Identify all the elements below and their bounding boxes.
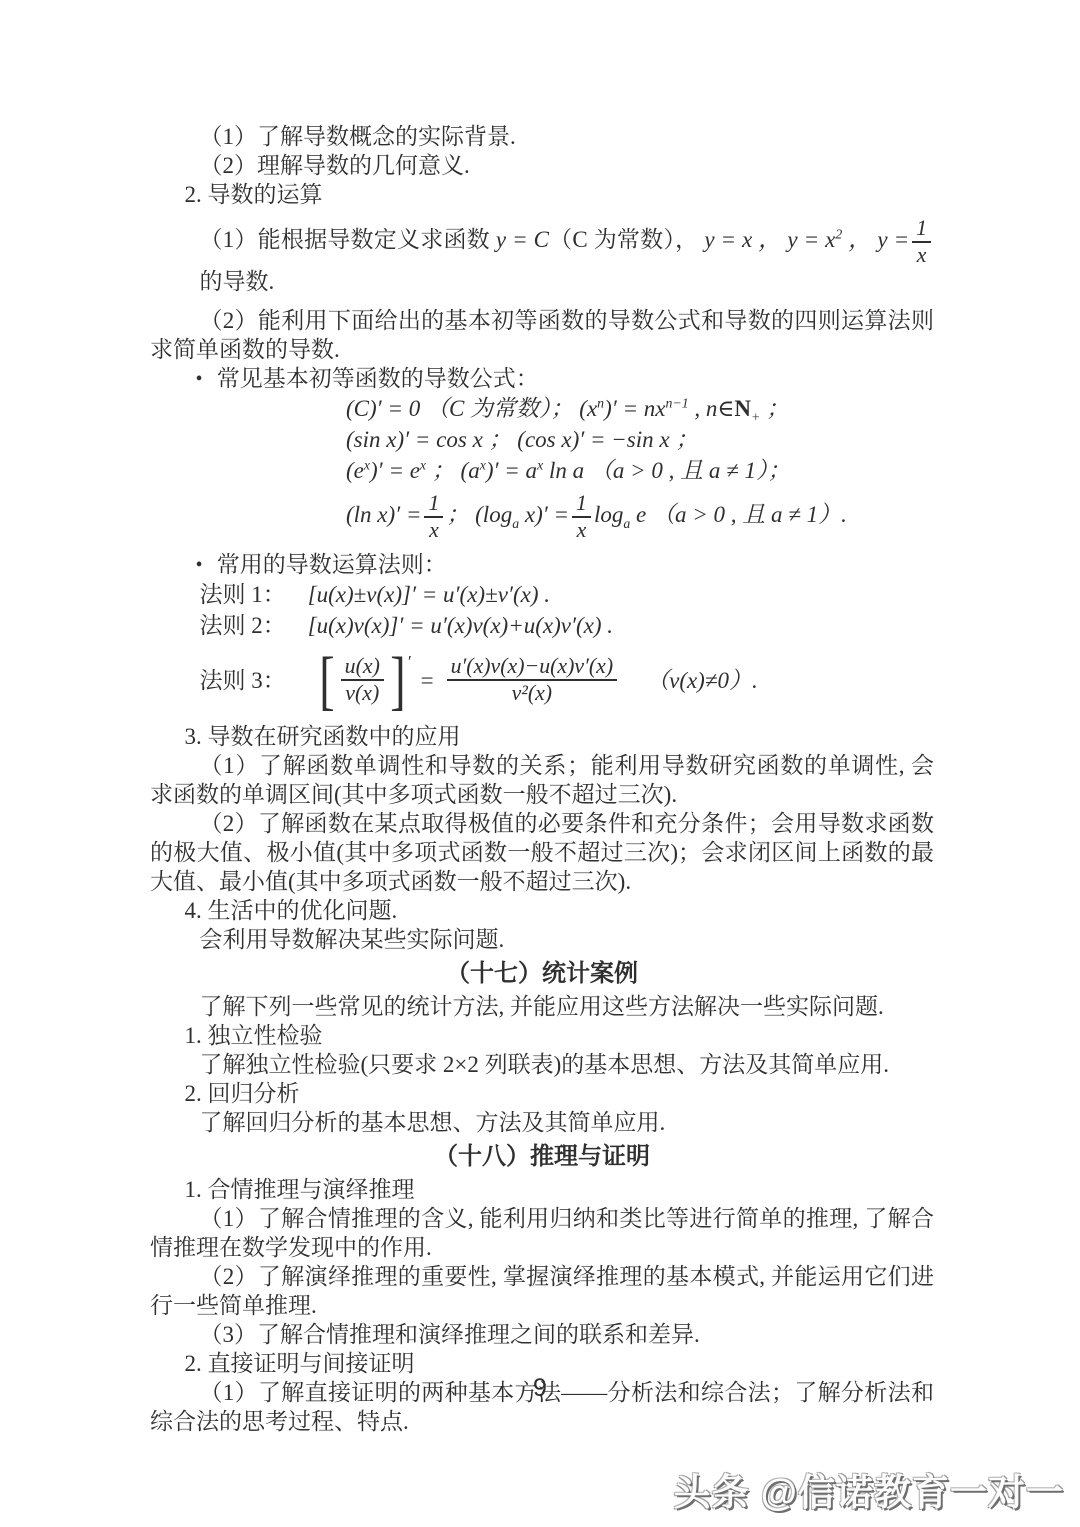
math-run: y = C	[496, 227, 549, 252]
syllabus-item: （1）了解函数单调性和导数的关系；能利用导数研究函数的单调性, 会求函数的单调区…	[150, 751, 934, 809]
formula-row: (sin x)′ = cos x ； (cos x)′ = −sin x ；	[346, 424, 934, 455]
syllabus-item: （2）了解演绎推理的重要性, 掌握演绎推理的基本模式, 并能运用它们进行一些简单…	[150, 1262, 934, 1320]
syllabus-item: （2）能利用下面给出的基本初等函数的导数公式和导数的四则运算法则求简单函数的导数…	[150, 306, 934, 364]
syllabus-subsection-title: 4. 生活中的优化问题.	[150, 896, 934, 925]
derivative-rule-3: 法则 3： [ u(x)v(x) ] ′ = u′(x)v(x)−u(x)v′(…	[199, 641, 934, 722]
math-run: ， y =	[842, 227, 909, 252]
condition-text: （v(x)≠0）.	[646, 666, 758, 695]
fraction-numerator: 1	[424, 492, 443, 518]
fraction-numerator: u′(x)v(x)−u(x)v′(x)	[447, 655, 618, 681]
syllabus-item: （2）了解函数在某点取得极值的必要条件和充分条件；会用导数求函数的极大值、极小值…	[150, 809, 934, 896]
document-page: （1）了解导数概念的实际背景. （2）理解导数的几何意义. 2. 导数的运算 （…	[0, 0, 1080, 1527]
formula-row: (ln x)′ =1x； (loga x)′ =1xloga e （a > 0 …	[346, 486, 934, 550]
math-run: (e	[346, 458, 364, 483]
math-run: [u(x)v(x)]′ = u′(x)v(x)+u(x)v′(x) .	[308, 613, 613, 638]
math-run: x)′ =	[519, 502, 569, 527]
math-run: N	[734, 396, 751, 421]
rule-label: 法则 3：	[199, 666, 285, 695]
subscript: +	[751, 409, 760, 424]
fraction-denominator: x	[425, 518, 443, 542]
fraction-denominator: x	[913, 243, 931, 267]
bullet-icon: •	[195, 552, 202, 577]
fraction-denominator: v²(x)	[508, 681, 557, 705]
syllabus-item: （1）了解导数概念的实际背景.	[150, 122, 934, 151]
syllabus-item: 了解下列一些常见的统计方法, 并能应用这些方法解决一些实际问题.	[150, 992, 934, 1021]
fraction: u(x)v(x)	[341, 655, 384, 705]
syllabus-item: 了解回归分析的基本思想、方法及其简单应用.	[150, 1108, 934, 1137]
math-run: y = x ， y = x	[704, 227, 835, 252]
text-run: （1）能根据导数定义求函数	[199, 227, 495, 252]
syllabus-subsection-title: 3. 导数在研究函数中的应用	[150, 722, 934, 751]
math-run: ； (a	[426, 458, 480, 483]
watermark: 头条 @信诺教育一对一	[674, 1462, 1064, 1516]
syllabus-subsection-title: 2. 回归分析	[150, 1079, 934, 1108]
fraction-denominator: v(x)	[341, 681, 383, 705]
math-run: (C)′ = 0 （C 为常数）； (x	[346, 396, 597, 421]
syllabus-item: （3）了解合情推理和演绎推理之间的联系和差异.	[150, 1320, 934, 1349]
right-bracket: ]	[390, 651, 405, 710]
text-run: 的导数.	[199, 269, 274, 294]
derivative-rule-1: 法则 1：[u(x)±v(x)]′ = u′(x)±v′(x) .	[150, 579, 934, 610]
fraction-numerator: 1	[912, 217, 931, 243]
math-run: ； (log	[446, 502, 512, 527]
math-run: , n∈	[689, 396, 735, 421]
math-run: y = x ， y = x2 ， y =1x	[704, 227, 934, 252]
prime-mark: ′	[407, 647, 411, 676]
math-run: ；	[760, 396, 789, 421]
bullet-item-label: 常见基本初等函数的导数公式：	[217, 366, 539, 391]
syllabus-item: （1）了解合情推理的含义, 能利用归纳和类比等进行简单的推理, 了解合情推理在数…	[150, 1204, 934, 1262]
fraction: u′(x)v(x)−u(x)v′(x)v²(x)	[447, 655, 618, 705]
rule-label: 法则 1：	[199, 582, 285, 607]
derivative-rule-2: 法则 2：[u(x)v(x)]′ = u′(x)v(x)+u(x)v′(x) .	[150, 610, 934, 641]
fraction: 1x	[912, 217, 931, 267]
text-run: （C 为常数），	[549, 227, 704, 252]
math-run: )′ = e	[370, 458, 420, 483]
fraction-numerator: 1	[572, 492, 591, 518]
math-run: log	[594, 502, 623, 527]
bullet-item-label: 常用的导数运算法则：	[217, 552, 447, 577]
math-run: )′ = nx	[604, 396, 665, 421]
page-content: （1）了解导数概念的实际背景. （2）理解导数的几何意义. 2. 导数的运算 （…	[150, 122, 934, 1436]
fraction: 1x	[424, 492, 443, 542]
syllabus-item: （2）理解导数的几何意义.	[150, 151, 934, 180]
section-heading-18: （十八）推理与证明	[150, 1137, 934, 1175]
rule-label: 法则 2：	[199, 613, 285, 638]
math-run: [u(x)±v(x)]′ = u′(x)±v′(x) .	[308, 582, 550, 607]
bullet-item: •常见基本初等函数的导数公式：	[150, 364, 934, 393]
derivative-formula-block: (C)′ = 0 （C 为常数）； (xn)′ = nxn−1 , n∈N+ ；…	[346, 393, 934, 550]
fraction-denominator: x	[573, 518, 591, 542]
left-bracket: [	[319, 651, 334, 710]
bullet-icon: •	[195, 366, 202, 391]
syllabus-subsection-title: 1. 合情推理与演绎推理	[150, 1175, 934, 1204]
math-run: )′ = a	[486, 458, 537, 483]
superscript: n−1	[666, 395, 689, 410]
fraction: 1x	[572, 492, 591, 542]
syllabus-item-with-math: （1）能根据导数定义求函数 y = C（C 为常数）， y = x ， y = …	[150, 209, 934, 306]
syllabus-item: 了解独立性检验(只要求 2×2 列联表)的基本思想、方法及其简单应用.	[150, 1050, 934, 1079]
equals-sign: =	[421, 666, 434, 695]
fraction-numerator: u(x)	[341, 655, 384, 681]
math-run: e （a > 0 , 且 a ≠ 1）.	[630, 502, 847, 527]
math-run: ln a （a > 0 , 且 a ≠ 1）；	[543, 458, 790, 483]
bullet-item: •常用的导数运算法则：	[150, 550, 934, 579]
math-run: (ln x)′ =	[346, 502, 421, 527]
page-number: 9	[0, 1374, 1080, 1403]
syllabus-item: 会利用导数解决某些实际问题.	[150, 925, 934, 954]
section-heading-17: （十七）统计案例	[150, 954, 934, 992]
formula-row: (ex)′ = ex ； (ax)′ = ax ln a （a > 0 , 且 …	[346, 455, 934, 486]
syllabus-subsection-title: 1. 独立性检验	[150, 1021, 934, 1050]
syllabus-subsection-title: 2. 导数的运算	[150, 180, 934, 209]
formula-row: (C)′ = 0 （C 为常数）； (xn)′ = nxn−1 , n∈N+ ；	[346, 393, 934, 424]
